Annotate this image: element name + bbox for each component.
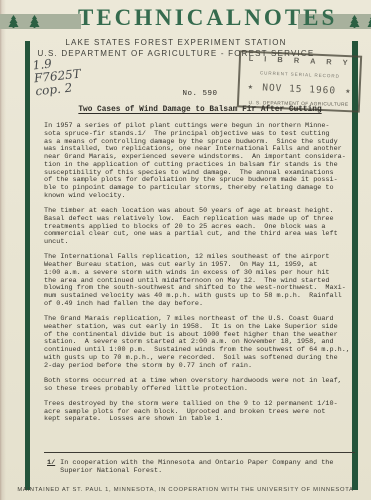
pine-tree-icon — [8, 15, 19, 28]
masthead-title: TECHNICAL NOTES — [78, 5, 308, 31]
paragraph: The timber at each location was about 50… — [44, 208, 366, 247]
pine-tree-icon — [349, 15, 360, 28]
footnote-text: In cooperation with the Minnesota and On… — [60, 460, 333, 476]
pine-tree-icon — [29, 15, 40, 28]
document-body: In 1957 a series of pilot plant cuttings… — [44, 123, 366, 432]
stamp-serial-line: CURRENT SERIAL RECORD — [242, 70, 357, 80]
masthead-word-notes: NOTES — [244, 5, 337, 31]
scanned-document-page: TECHNICAL NOTES LAKE STATES FOREST EXPER… — [0, 0, 371, 500]
paragraph: The International Falls replication, 12 … — [44, 254, 366, 308]
left-rule-bar — [25, 41, 30, 490]
footnote-marker: 1/ — [47, 460, 55, 476]
document-number: No. 590 — [44, 90, 356, 98]
paragraph: In 1957 a series of pilot plant cuttings… — [44, 123, 366, 201]
pine-tree-icon — [367, 15, 371, 28]
document-title: Two Cases of Wind Damage to Balsam Fir A… — [44, 106, 356, 114]
library-date-stamp: L I B R A R Y CURRENT SERIAL RECORD ★ NO… — [237, 50, 362, 112]
header-band-left — [0, 14, 81, 29]
footnote: 1/ In cooperation with the Minnesota and… — [47, 460, 333, 476]
footnote-divider — [44, 452, 355, 453]
paragraph: Trees destroyed by the storm were tallie… — [44, 401, 366, 424]
paragraph: The Grand Marais replication, 7 miles no… — [44, 316, 366, 370]
paragraph: Both storms occurred at a time when over… — [44, 378, 366, 394]
stamp-library-line: L I B R A R Y — [243, 54, 358, 68]
footer-imprint: MAINTAINED AT ST. PAUL 1, MINNESOTA, IN … — [14, 487, 357, 493]
station-name: LAKE STATES FOREST EXPERIMENT STATION — [0, 38, 352, 47]
masthead-word-technical: TECHNICAL — [78, 5, 244, 31]
